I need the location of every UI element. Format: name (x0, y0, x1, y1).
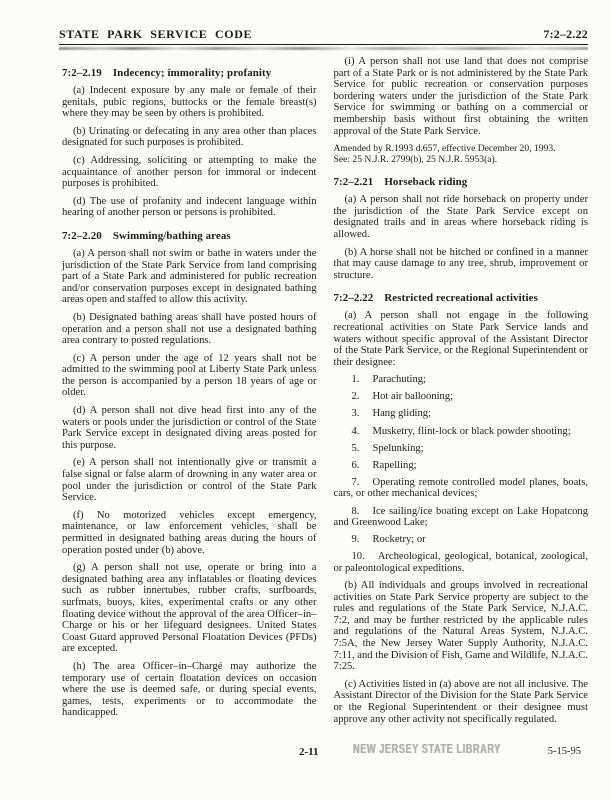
list-item-number: 4. (352, 426, 373, 437)
page-footer: 2-11 NEW JERSEY STATE LIBRARY 5-15-95 (0, 742, 611, 764)
paragraph: (b) Urinating or defecating in any area … (62, 126, 317, 149)
body-columns: 7:2–2.19Indecency; immorality; profanity… (62, 56, 588, 731)
header-row: STATE PARK SERVICE CODE 7:2–2.22 (59, 27, 588, 45)
list-item: 1.Parachuting; (334, 374, 589, 386)
paragraph: (b) All individuals and groups involved … (334, 580, 589, 673)
list-item-number: 2. (352, 391, 373, 402)
section-number: 7:2–2.20 (62, 230, 102, 242)
paragraph: (f) No motorized vehicles except emergen… (62, 510, 317, 556)
list-item: 5.Spelunking; (334, 443, 589, 455)
library-stamp: NEW JERSEY STATE LIBRARY (353, 743, 501, 757)
left-column: 7:2–2.19Indecency; immorality; profanity… (62, 56, 317, 731)
section-heading: 7:2–2.20Swimming/bathing areas (62, 230, 317, 242)
paragraph: (b) A horse shall not be hitched or conf… (334, 247, 589, 282)
section-heading: 7:2–2.22Restricted recreational activiti… (334, 292, 589, 304)
paragraph: (b) Designated bathing areas shall have … (62, 312, 317, 347)
footer-date: 5-15-95 (548, 746, 581, 757)
list-item-number: 8. (352, 506, 373, 517)
section-title: Swimming/bathing areas (113, 230, 231, 242)
list-item: 9.Rocketry; or (334, 534, 589, 546)
paragraph: (d) The use of profanity and indecent la… (62, 196, 317, 219)
list-item: 10.Archeological, geological, botanical,… (334, 551, 589, 574)
right-column: (i) A person shall not use land that doe… (334, 56, 589, 731)
list-item: 4.Musketry, flint-lock or black powder s… (334, 426, 589, 438)
section-title: Indecency; immorality; profanity (113, 67, 271, 79)
list-item: 3.Hang gliding; (334, 408, 589, 420)
paragraph: (a) Indecent exposure by any male or fem… (62, 85, 317, 120)
paragraph: (a) A person shall not swim or bathe in … (62, 248, 317, 306)
amendment-note-line: See: 25 N.J.R. 2799(b), 25 N.J.R. 5953(a… (334, 154, 589, 165)
paragraph: (i) A person shall not use land that doe… (334, 56, 589, 137)
section-title: Restricted recreational activities (384, 292, 538, 304)
paragraph: (d) A person shall not dive head first i… (62, 405, 317, 451)
header-title: STATE PARK SERVICE CODE (59, 27, 252, 42)
paragraph: (a) A person shall not ride horseback on… (334, 194, 589, 240)
amendment-note: Amended by R.1993 d.657, effective Decem… (334, 143, 589, 165)
amendment-note-line: Amended by R.1993 d.657, effective Decem… (334, 143, 589, 154)
list-item-number: 3. (352, 408, 373, 419)
paragraph: (c) Activities listed in (a) above are n… (334, 679, 589, 725)
list-item-number: 1. (352, 374, 373, 385)
document-page: STATE PARK SERVICE CODE 7:2–2.22 7:2–2.1… (0, 0, 611, 800)
list-item-number: 5. (352, 443, 373, 454)
header-section-number: 7:2–2.22 (543, 27, 588, 42)
paragraph: (e) A person shall not intentionally giv… (62, 457, 317, 503)
paragraph: (a) A person shall not engage in the fol… (334, 310, 589, 368)
paragraph: (h) The area Officer–in–Chargé may autho… (62, 661, 317, 719)
section-number: 7:2–2.22 (334, 292, 374, 304)
section-heading: 7:2–2.21Horseback riding (334, 176, 589, 188)
section-title: Horseback riding (384, 176, 467, 188)
paragraph: (g) A person shall not use, operate or b… (62, 562, 317, 655)
section-number: 7:2–2.19 (62, 67, 102, 79)
paragraph: (c) A person under the age of 12 years s… (62, 353, 317, 399)
section-heading: 7:2–2.19Indecency; immorality; profanity (62, 67, 317, 79)
page-number: 2-11 (299, 746, 319, 758)
list-item-number: 6. (352, 460, 373, 471)
page-header: STATE PARK SERVICE CODE 7:2–2.22 (59, 27, 588, 50)
section-number: 7:2–2.21 (334, 176, 374, 188)
list-item: 2.Hot air ballooning; (334, 391, 589, 403)
list-item: 8.Ice sailing/ice boating except on Lake… (334, 506, 589, 529)
paragraph: (c) Addressing, soliciting or attempting… (62, 155, 317, 190)
header-rule-smudge (59, 47, 588, 50)
list-item: 6.Rapelling; (334, 460, 589, 472)
list-item: 7.Operating remote controlled model plan… (334, 477, 589, 500)
list-item-number: 7. (352, 477, 373, 488)
list-item-number: 10. (352, 551, 378, 562)
list-item-number: 9. (352, 534, 373, 545)
